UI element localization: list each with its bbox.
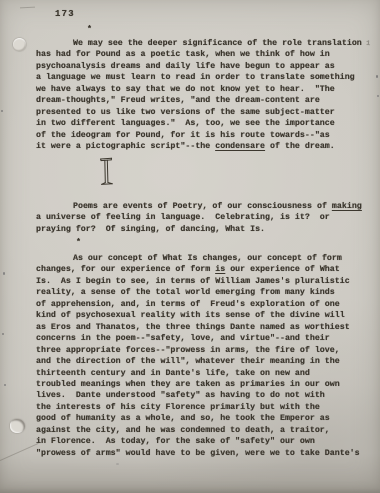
text-line: praying for? Of singing, of dancing, Wha… <box>36 224 362 235</box>
text-line: has had for Pound as a poetic task, when… <box>36 49 362 60</box>
paper-crease <box>0 443 39 461</box>
asterisk-separator-mid: * <box>76 237 81 248</box>
text-line: As our concept of What Is changes, our c… <box>36 253 360 264</box>
punch-hole-top <box>13 38 26 51</box>
text-line: of the ideogram for Pound, for it is his… <box>36 130 362 141</box>
pencil-dash-mark <box>20 7 35 9</box>
text-line: in two different languages." As, too, we… <box>36 118 362 129</box>
text-line: the interests of his city Florence prima… <box>36 402 360 413</box>
paper-speck <box>2 333 4 335</box>
paper-speck <box>376 75 378 78</box>
text-line: Poems are events of Poetry, of our consc… <box>36 201 362 212</box>
text-line: good of humanity as a whole, and so, he … <box>36 413 360 424</box>
text-line: we have always to say that we do not kno… <box>36 84 362 95</box>
punch-hole-bottom <box>10 419 25 433</box>
paragraph: Poems are events of Poetry, of our consc… <box>36 201 362 235</box>
text-line: psychoanalysis dreams and daily life hav… <box>36 61 362 72</box>
manuscript-page: 173 * We may see the deeper significance… <box>0 0 380 493</box>
text-line: changes, for our experience of form is o… <box>36 264 360 275</box>
paper-speck <box>3 272 5 275</box>
paragraph: We may see the deeper significance of th… <box>36 38 362 153</box>
text-line: kind of psychosexual reality with its se… <box>36 310 360 321</box>
text-line: of apprehension, and, in terms of Freud'… <box>36 299 360 310</box>
paper-speck <box>377 95 379 97</box>
paragraph: As our concept of What Is changes, our c… <box>36 253 360 459</box>
text-line: Is. As I begin to see, in terms of Willi… <box>36 276 360 287</box>
text-line: presented to us like two versions of the… <box>36 107 362 118</box>
text-line: and the direction of the will", whatever… <box>36 356 360 367</box>
hand-drawn-numeral-one <box>99 157 114 186</box>
text-line: We may see the deeper significance of th… <box>36 38 362 49</box>
text-line: thirteenth century and in Dante's life, … <box>36 368 360 379</box>
asterisk-separator-top: * <box>87 24 92 35</box>
stray-ink-mark: 1 <box>366 39 371 51</box>
paper-speck <box>1 110 3 112</box>
page-number: 173 <box>55 9 75 20</box>
text-line: it were a pictographic script"--the cond… <box>36 141 362 152</box>
text-line: as Eros and Thanatos, the three things D… <box>36 322 360 333</box>
text-line: concerns in the poem--"safety, love, and… <box>36 333 360 344</box>
text-line: a universe of feeling in language. Celeb… <box>36 212 362 223</box>
text-line: reality, a sense of the total world emer… <box>36 287 360 298</box>
text-line: "prowess of arms" would have to be given… <box>36 448 360 459</box>
text-line: lives. Dante understood "safety" as havi… <box>36 390 360 401</box>
text-line: three appropriate forces--"prowess in ar… <box>36 345 360 356</box>
paper-speck <box>4 384 6 386</box>
paper-speck <box>116 463 119 465</box>
text-line: a language we must learn to read in orde… <box>36 72 362 83</box>
text-line: troubled meanings when they are taken as… <box>36 379 360 390</box>
text-line: dream-thoughts," Freud writes, "and the … <box>36 95 362 106</box>
text-line: in Florence. As today, for the sake of "… <box>36 436 360 447</box>
text-line: against the city, and he was condemned t… <box>36 425 360 436</box>
